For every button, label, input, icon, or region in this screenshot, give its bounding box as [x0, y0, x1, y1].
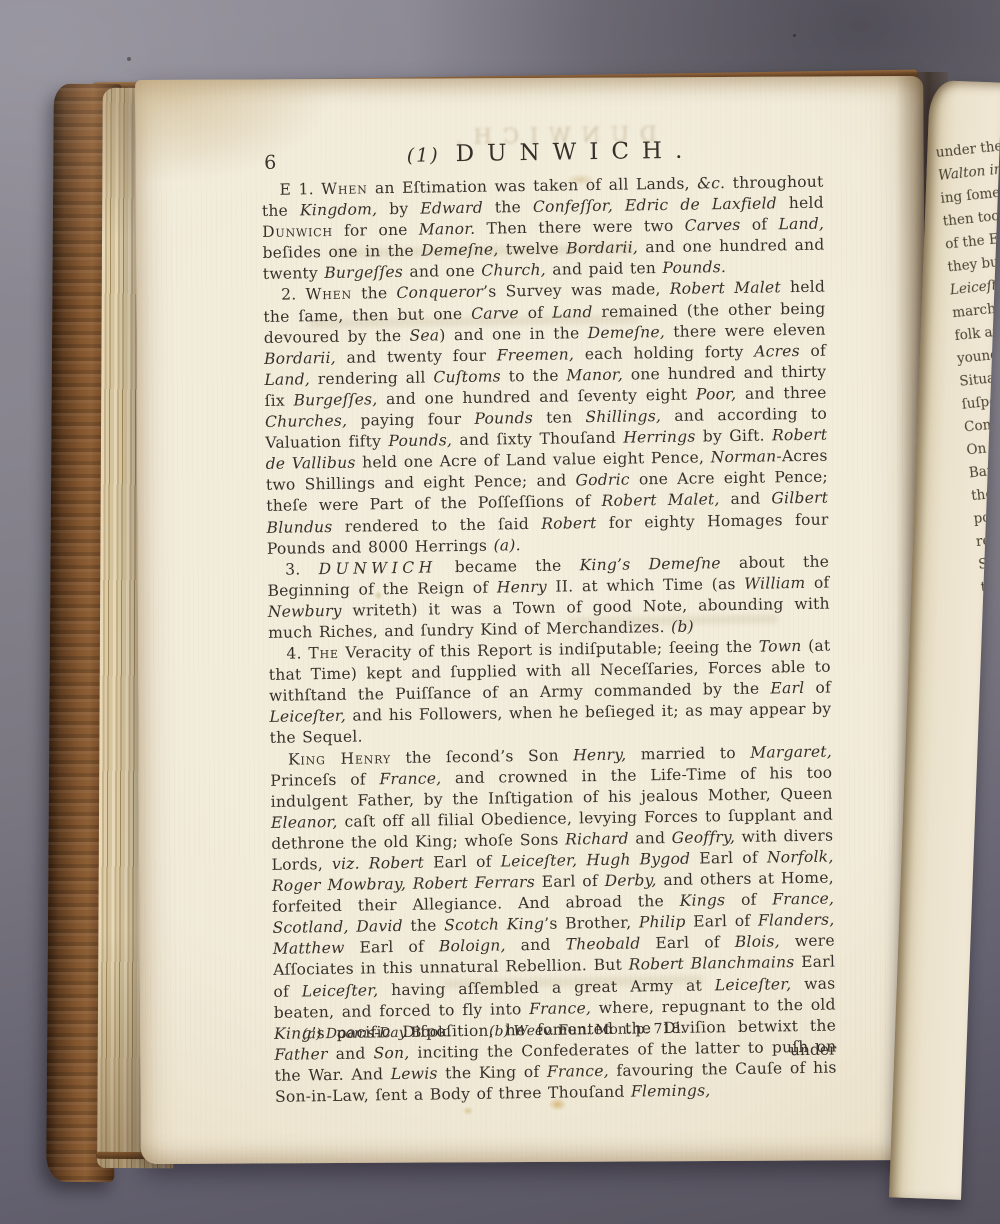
text-run: by Gift.: [695, 427, 772, 446]
text-run: Scotch King: [444, 915, 544, 934]
text-run: where, repugnant to the old: [591, 995, 836, 1017]
text-run: France,: [547, 1062, 609, 1081]
text-run: and others at Home, forfeited their Alle…: [272, 869, 834, 916]
book-cover-top-edge: [92, 70, 918, 92]
text-run: DUNWICH: [319, 558, 437, 578]
right-page-line: On Weſt: [965, 424, 1000, 462]
text-run: paying four: [347, 410, 475, 430]
text-run: and crowned in the Life-Time of his too …: [271, 763, 833, 810]
text-run: Leiceſter, Hugh Bygod: [501, 850, 691, 871]
paragraph: King Henry the ſecond’s Son Henry, marri…: [270, 741, 837, 1108]
text-run: Earl: [770, 679, 804, 698]
text-run: of: [725, 891, 772, 910]
text-run: and: [506, 936, 566, 955]
text-run: Acres: [754, 342, 800, 361]
right-page-line: red; but: [975, 516, 1000, 554]
text-run: II. at which Time (as: [547, 575, 745, 596]
text-run: Geoffry,: [672, 828, 736, 847]
text-run: Derby,: [604, 871, 656, 890]
text-run: and twenty four: [336, 346, 497, 366]
dust-speck: [793, 34, 796, 37]
text-run: Leiceſter,: [269, 707, 346, 726]
text-run: King: [274, 1024, 312, 1043]
text-run: Earl of: [640, 933, 735, 952]
photo-background: DUNWICH. 6 (1)DUNWICH. E 1. When an Eſti…: [0, 0, 1000, 1224]
text-run: Godric: [575, 471, 629, 490]
text-run: the: [352, 284, 397, 303]
text-run: and one: [403, 262, 482, 281]
text-run: Edward: [420, 199, 483, 218]
text-run: Land,: [778, 215, 824, 234]
text-run: rendered to the ſaid: [332, 514, 541, 535]
text-run: Princeſs of: [270, 770, 379, 790]
text-run: Freemen,: [497, 345, 575, 364]
right-page-line: poſed, by: [973, 493, 1000, 531]
right-page-line: that Purp: [982, 584, 1000, 622]
text-run: of: [804, 679, 831, 697]
text-run: held the ſame, then but one: [263, 278, 825, 325]
text-run: there were eleven: [665, 320, 826, 340]
text-run: Robert: [541, 514, 597, 533]
foxing-spot: [463, 1106, 474, 1115]
text-run: twelve: [498, 240, 566, 259]
text-run: Manor,: [566, 365, 623, 384]
text-run: Cuſtoms: [433, 367, 501, 386]
paragraph: 3. DUNWICH became the King’s Demeſne abo…: [267, 551, 830, 644]
text-run: Robert Blanchmains: [629, 954, 795, 974]
text-run: Book.: [406, 1024, 451, 1041]
text-run: Churches,: [265, 412, 347, 431]
text-run: (b): [671, 618, 694, 636]
text-run: Robert Malet,: [601, 491, 719, 511]
paragraph: E 1. When an Eſtimation was taken of all…: [261, 172, 825, 286]
page-header: (1)DUNWICH.: [251, 135, 851, 170]
text-run: and: [328, 1044, 374, 1063]
text-run: viz. Robert: [332, 854, 424, 873]
text-run: to the: [501, 366, 567, 385]
text-run: Burgeſſes,: [293, 390, 377, 409]
right-page-line: folk and N: [954, 310, 1000, 348]
text-run: Newbury: [268, 602, 342, 621]
text-run: Son,: [373, 1044, 409, 1063]
page-number: 6: [264, 152, 276, 174]
right-page-line: Summits: [977, 539, 1000, 577]
text-run: France, Scotland, David: [272, 890, 834, 937]
text-run: (a).: [493, 536, 521, 554]
text-run: ’s Brother,: [544, 914, 639, 933]
text-run: Dunwich: [262, 222, 333, 241]
text-run: throughout the: [262, 173, 824, 220]
header-section-number: (1): [407, 144, 440, 166]
text-run: remained (the other being devoured by th…: [264, 299, 826, 346]
text-run: having aſſembled a great Army at: [378, 976, 715, 999]
text-run: Shillings,: [585, 407, 661, 426]
text-run: Land: [552, 303, 593, 322]
text-run: Norfolk, Roger Mowbray, Robert Ferrars: [272, 848, 834, 895]
right-page-line: then took: [942, 195, 1000, 233]
right-page-line: 5. Th: [984, 607, 1000, 645]
right-page-line: Situation,: [958, 356, 1000, 394]
text-run: and one hundred and ſeventy eight: [377, 385, 696, 408]
text-run: the: [403, 917, 445, 936]
text-run: King Henry: [288, 749, 391, 769]
text-run: and three: [736, 384, 827, 403]
show-through-title: DUNWICH.: [251, 119, 851, 152]
text-run: The: [308, 644, 339, 662]
text-run: Church,: [481, 261, 546, 280]
right-page-line: Marks, Ip: [996, 722, 1000, 760]
text-run: Carves: [685, 216, 741, 235]
text-run: the King of: [438, 1063, 548, 1083]
text-run: was beaten, and forced to fly into: [274, 974, 836, 1021]
text-run: writeth) it was a Town of good Note, abo…: [268, 594, 830, 641]
right-page-line: ſuſpended: [961, 378, 1000, 416]
foxing-spot: [566, 174, 596, 186]
text-run: Richard: [565, 829, 629, 848]
text-run: Theobald: [565, 935, 640, 954]
right-page-line: under the: [935, 127, 1000, 165]
text-run: Sea: [409, 326, 439, 344]
text-run: Town: [759, 637, 802, 656]
book-page: DUNWICH. 6 (1)DUNWICH. E 1. When an Eſti…: [135, 76, 929, 1164]
paragraph: 4. The Veracity of this Report is indiſp…: [268, 636, 832, 750]
text-run: and: [629, 829, 672, 848]
text-run: Confeſſor, Edric de Laxfield: [533, 194, 777, 216]
text-run: ’s Survey was made,: [483, 280, 670, 301]
text-run: Philip: [639, 913, 686, 932]
right-page-lines: under theWalton ining ſomethen tookof th…: [935, 127, 1000, 943]
text-run: Demeſne,: [421, 241, 499, 260]
right-page-line: marched to: [951, 287, 1000, 325]
text-run: Bordarii,: [264, 349, 336, 368]
text-run: and: [720, 490, 772, 509]
text-run: about the Beginning of the Reign of: [267, 552, 829, 599]
text-run: Norman-: [711, 447, 782, 466]
right-page-line: Leiceſter arr: [949, 264, 1000, 302]
right-page-line: Ipſwich w: [989, 653, 1000, 691]
show-through-line: [332, 244, 632, 257]
text-run: Land,: [264, 370, 310, 389]
text-run: of: [800, 341, 826, 359]
text-run: Demeſne,: [588, 323, 666, 342]
text-run: ) and one in the: [439, 324, 588, 344]
text-run: Pounds,: [388, 431, 452, 450]
text-run: beſides one in the: [262, 242, 421, 262]
text-run: Blois,: [735, 933, 780, 952]
right-page-line: of the Earl: [944, 218, 1000, 256]
text-run: When: [305, 285, 352, 304]
text-run: (a) Dooms-Day: [302, 1025, 407, 1043]
catchword: under: [274, 1041, 836, 1067]
text-run: Eleanor,: [271, 813, 338, 832]
right-page-line: ing ſome: [939, 173, 1000, 211]
text-run: Carve: [471, 304, 519, 323]
text-run: Pounds: [474, 409, 533, 428]
show-through-line: [443, 975, 703, 988]
footnote-row: (a) Dooms-Day Book. (b) Weev. Fun. Mon. …: [274, 1019, 836, 1027]
text-run: Earl of: [686, 912, 759, 931]
text-run: ten: [533, 408, 586, 427]
text-run: (at that Time) kept and ſupplied with al…: [269, 637, 831, 706]
right-page-line: they burnt: [947, 241, 1000, 279]
paragraph: 2. When the Conqueror’s Survey was made,…: [263, 277, 829, 560]
text-run: Earl of: [273, 953, 835, 1000]
right-page-line: lings and: [987, 630, 1000, 668]
text-run: Henry: [497, 578, 547, 597]
text-run: held one Acre of Land value eight Pence,: [355, 449, 710, 472]
text-run: and one hundred and twenty: [263, 236, 825, 283]
text-run: King’s Demeſne: [580, 554, 721, 574]
text-run: Burgeſſes: [324, 263, 403, 282]
page-title: DUNWICH.: [456, 138, 696, 168]
right-page-text: under theWalton ining ſomethen tookof th…: [935, 127, 1000, 1060]
text-run: Lewis: [391, 1064, 438, 1083]
text-run: each holding forty: [574, 342, 754, 363]
facing-page-sliver: under theWalton ining ſomethen tookof th…: [889, 80, 1000, 1200]
body-text: E 1. When an Eſtimation was taken of all…: [261, 172, 837, 1108]
text-run: Veracity of this Report is indiſputable;…: [339, 638, 759, 662]
text-run: the ſecond’s Son: [391, 746, 574, 767]
text-run: Bordarii,: [566, 239, 638, 258]
text-run: for one: [333, 221, 419, 240]
text-run: Then there were two: [475, 217, 685, 238]
text-run: inciting the Confederates of the latter …: [275, 1037, 837, 1084]
text-run: France,: [379, 769, 441, 788]
text-run: France,: [529, 999, 591, 1018]
text-run: 3.: [285, 560, 319, 578]
page-edge-stack: [97, 88, 179, 1168]
text-run: Father: [274, 1045, 328, 1064]
footnote-b: (b) Weev. Fun. Mon. p. 718.: [489, 1021, 685, 1040]
text-run: Margaret,: [750, 742, 832, 761]
right-page-line: young King: [956, 333, 1000, 371]
right-page-line: Pence. v.: [991, 676, 1000, 714]
text-run: Herrings: [623, 428, 696, 447]
text-run: and his Followers, when he beſieged it; …: [270, 700, 832, 747]
text-run: one hundred and thirty ſix: [265, 362, 827, 409]
footnote-a: (a) Dooms-Day Book.: [302, 1024, 451, 1042]
gutter-shadow: [896, 72, 948, 1176]
text-run: Robert de Vallibus: [266, 426, 828, 473]
right-page-line: 6. In t: [994, 699, 1000, 737]
text-run: Boloign,: [439, 937, 506, 956]
text-run: of: [740, 215, 778, 234]
text-run: Manor.: [419, 220, 476, 239]
text-run: became the: [437, 556, 580, 576]
book-spine-leather: [46, 84, 122, 1182]
text-run: Robert Malet: [670, 279, 781, 299]
right-page-line: the Ramp: [970, 470, 1000, 508]
text-run: Flemings,: [631, 1081, 711, 1100]
foxing-spot: [374, 591, 383, 600]
text-run: and according to Valuation fifty: [265, 405, 827, 452]
text-run: rendering all: [310, 368, 434, 388]
text-run: When: [321, 179, 368, 198]
text-run: for eighty Homages four Pounds and 8000 …: [267, 510, 829, 557]
show-through-line: [309, 314, 639, 328]
text-run: by: [377, 200, 420, 219]
text-run: Acres two Shillings and eight Pence; and: [266, 447, 828, 494]
text-run: Poor,: [696, 385, 737, 404]
text-run: (b) Weev.: [489, 1023, 554, 1040]
text-run: ’s pacific Diſpoſition, he fomented the …: [311, 1016, 836, 1042]
text-run: 4.: [286, 644, 308, 662]
text-run: caſt off all filial Obedience, levying F…: [271, 805, 833, 852]
right-page-line: Walton in: [937, 150, 1000, 188]
right-page-line: Compulſio: [963, 401, 1000, 439]
text-run: Leiceſter,: [715, 975, 792, 994]
text-run: married to: [626, 743, 750, 763]
page-content: DUNWICH. 6 (1)DUNWICH. E 1. When an Eſti…: [130, 72, 934, 1168]
text-run: Kingdom,: [300, 200, 378, 219]
text-run: and paid ten: [546, 259, 663, 279]
text-run: Flanders, Matthew: [273, 911, 835, 958]
text-run: the: [483, 198, 533, 217]
dust-speck: [866, 118, 869, 121]
dust-speck: [127, 57, 131, 61]
foxing-spot: [549, 1098, 567, 1111]
text-run: held: [777, 194, 824, 213]
right-page-line: Barons F: [968, 447, 1000, 485]
book-cover-bottom-edge: [96, 1152, 496, 1161]
text-run: an Eſtimation was taken of all Lands,: [367, 175, 697, 198]
text-run: with divers Lords,: [271, 826, 833, 873]
text-run: Henry,: [573, 745, 626, 764]
text-run: Earl of: [344, 938, 439, 957]
text-run: Conqueror: [396, 283, 483, 302]
text-run: Fun. Mon. p. 718.: [554, 1021, 685, 1039]
text-run: Kings: [680, 891, 726, 910]
text-run: Earl of: [424, 852, 501, 871]
text-run: were Aſſociates in this unnatural Rebell…: [273, 932, 835, 979]
show-through-line: [568, 614, 778, 626]
text-run: Gilbert Blundus: [266, 489, 828, 536]
text-run: 2.: [281, 286, 306, 304]
text-run: Earl of: [690, 849, 767, 868]
text-run: &c.: [697, 174, 725, 192]
text-run: Earl of: [535, 872, 605, 891]
text-run: E 1.: [279, 180, 321, 199]
right-page-line: taken, I: [980, 561, 1000, 599]
text-run: William: [744, 574, 805, 593]
text-run: and ſixty Thouſand: [452, 429, 623, 450]
text-run: of: [519, 303, 552, 321]
text-run: Leiceſter,: [302, 981, 379, 1000]
text-run: favouring the Cauſe of his Son-in-Law, ſ…: [275, 1058, 837, 1105]
text-run: Pounds.: [662, 258, 726, 277]
text-run: one Acre eight Pence; theſe were Part of…: [266, 468, 828, 515]
text-run: of: [805, 573, 829, 591]
